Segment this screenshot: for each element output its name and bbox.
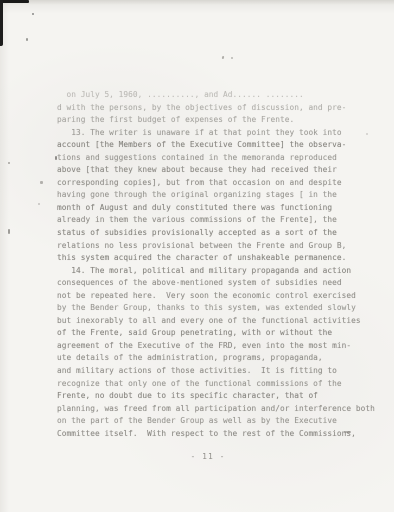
- scan-speck: [8, 229, 10, 234]
- document-lines: on July 5, 1960, .........., and Ad.....…: [57, 89, 359, 440]
- text-line: 14. The moral, political and military pr…: [57, 265, 359, 278]
- text-line: paring the first budget of expenses of t…: [57, 114, 359, 127]
- text-line: 13. The writer is unaware if at that poi…: [57, 127, 359, 140]
- scan-speck: [38, 203, 40, 205]
- scan-speck: [26, 38, 28, 41]
- text-line: relations no less provisional between th…: [57, 240, 359, 253]
- scanned-document-page: on July 5, 1960, .........., and Ad.....…: [0, 0, 394, 512]
- text-line: Committee itself. With respect to the re…: [57, 428, 359, 441]
- text-line: corresponding copies], but from that occ…: [57, 177, 359, 190]
- scan-corner-mark: [0, 0, 3, 46]
- page-number: - 11 -: [57, 452, 359, 461]
- text-line: but inexorably to all and every one of t…: [57, 315, 359, 328]
- text-line: above [that they knew about because they…: [57, 164, 359, 177]
- text-line: ute details of the administration, progr…: [57, 352, 359, 365]
- text-line: account [the Members of the Executive Co…: [57, 139, 359, 152]
- text-line: this system acquired the character of un…: [57, 252, 359, 265]
- scan-corner-mark: [0, 0, 29, 3]
- scan-speck: [366, 133, 368, 135]
- scan-speck: [222, 56, 225, 59]
- text-line: consequences of the above-mentioned syst…: [57, 277, 359, 290]
- text-line: status of subsidies provisionally accept…: [57, 227, 359, 240]
- text-line: not be repeated here. Very soon the econ…: [57, 290, 359, 303]
- text-line: on July 5, 1960, .........., and Ad.....…: [57, 89, 359, 102]
- scan-speck: [231, 57, 233, 59]
- text-line: of the Frente, said Group penetrating, w…: [57, 327, 359, 340]
- text-line: tions and suggestions contained in the m…: [57, 152, 359, 165]
- text-line: having gone through the original organiz…: [57, 189, 359, 202]
- text-line: on the part of the Bender Group as well …: [57, 415, 359, 428]
- text-line: agreement of the Executive of the FRD, e…: [57, 340, 359, 353]
- text-line: Frente, no doubt due to its specific cha…: [57, 390, 359, 403]
- text-line: d with the persons, by the objectives of…: [57, 102, 359, 115]
- scan-speck: [40, 181, 43, 184]
- text-line: already in them the various commissions …: [57, 214, 359, 227]
- text-line: recognize that only one of the functiona…: [57, 378, 359, 391]
- scan-speck: [8, 162, 10, 164]
- scan-speck: [32, 13, 34, 15]
- text-line: by the Bender Group, thanks to this syst…: [57, 302, 359, 315]
- text-line: and military actions of those activities…: [57, 365, 359, 378]
- text-line: month of August and duly constituted the…: [57, 202, 359, 215]
- text-line: planning, was freed from all participati…: [57, 403, 359, 416]
